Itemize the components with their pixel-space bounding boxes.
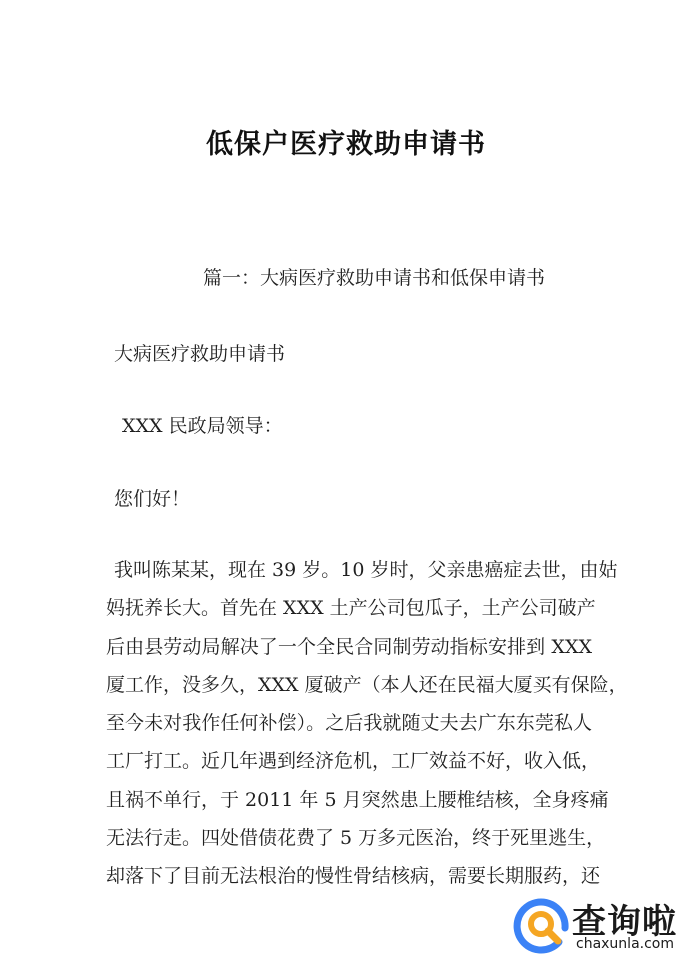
body-line: 妈抚养长大。首先在 XXX 土产公司包瓜子，土产公司破产 bbox=[106, 589, 592, 627]
body-line: 且祸不单行，于 2011 年 5 月突然患上腰椎结核，全身疼痛 bbox=[106, 781, 592, 819]
salutation-recipient: XXX 民政局领导： bbox=[122, 411, 283, 438]
greeting: 您们好！ bbox=[114, 484, 190, 511]
body-line: 我叫陈某某，现在 39 岁。10 岁时，父亲患癌症去世，由姑 bbox=[106, 551, 592, 589]
subtitle: 大病医疗救助申请书 bbox=[114, 339, 285, 366]
body-line: 至今未对我作任何补偿）。之后我就随丈夫去广东东莞私人 bbox=[106, 704, 592, 742]
body-line: 却落下了目前无法根治的慢性骨结核病，需要长期服药，还 bbox=[106, 857, 592, 895]
body-line: 无法行走。四处借债花费了 5 万多元医治，终于死里逃生， bbox=[106, 819, 592, 857]
body-line: 工厂打工。近几年遇到经济危机，工厂效益不好，收入低， bbox=[106, 742, 592, 780]
watermark-url: chaxunla.com bbox=[576, 936, 674, 952]
site-watermark: 查询啦 chaxunla.com bbox=[512, 892, 687, 962]
document-page: 低保户医疗救助申请书 篇一：大病医疗救助申请书和低保申请书 大病医疗救助申请书 … bbox=[0, 0, 692, 979]
body-paragraph: 我叫陈某某，现在 39 岁。10 岁时，父亲患癌症去世，由姑 妈抚养长大。首先在… bbox=[106, 551, 592, 896]
body-line: 厦工作，没多久，XXX 厦破产（本人还在民福大厦买有保险， bbox=[106, 666, 592, 704]
search-magnifier-icon bbox=[512, 894, 572, 954]
document-title: 低保户医疗救助申请书 bbox=[0, 122, 692, 161]
body-line: 后由县劳动局解决了一个全民合同制劳动指标安排到 XXX bbox=[106, 628, 592, 666]
section-heading: 篇一：大病医疗救助申请书和低保申请书 bbox=[203, 263, 545, 290]
